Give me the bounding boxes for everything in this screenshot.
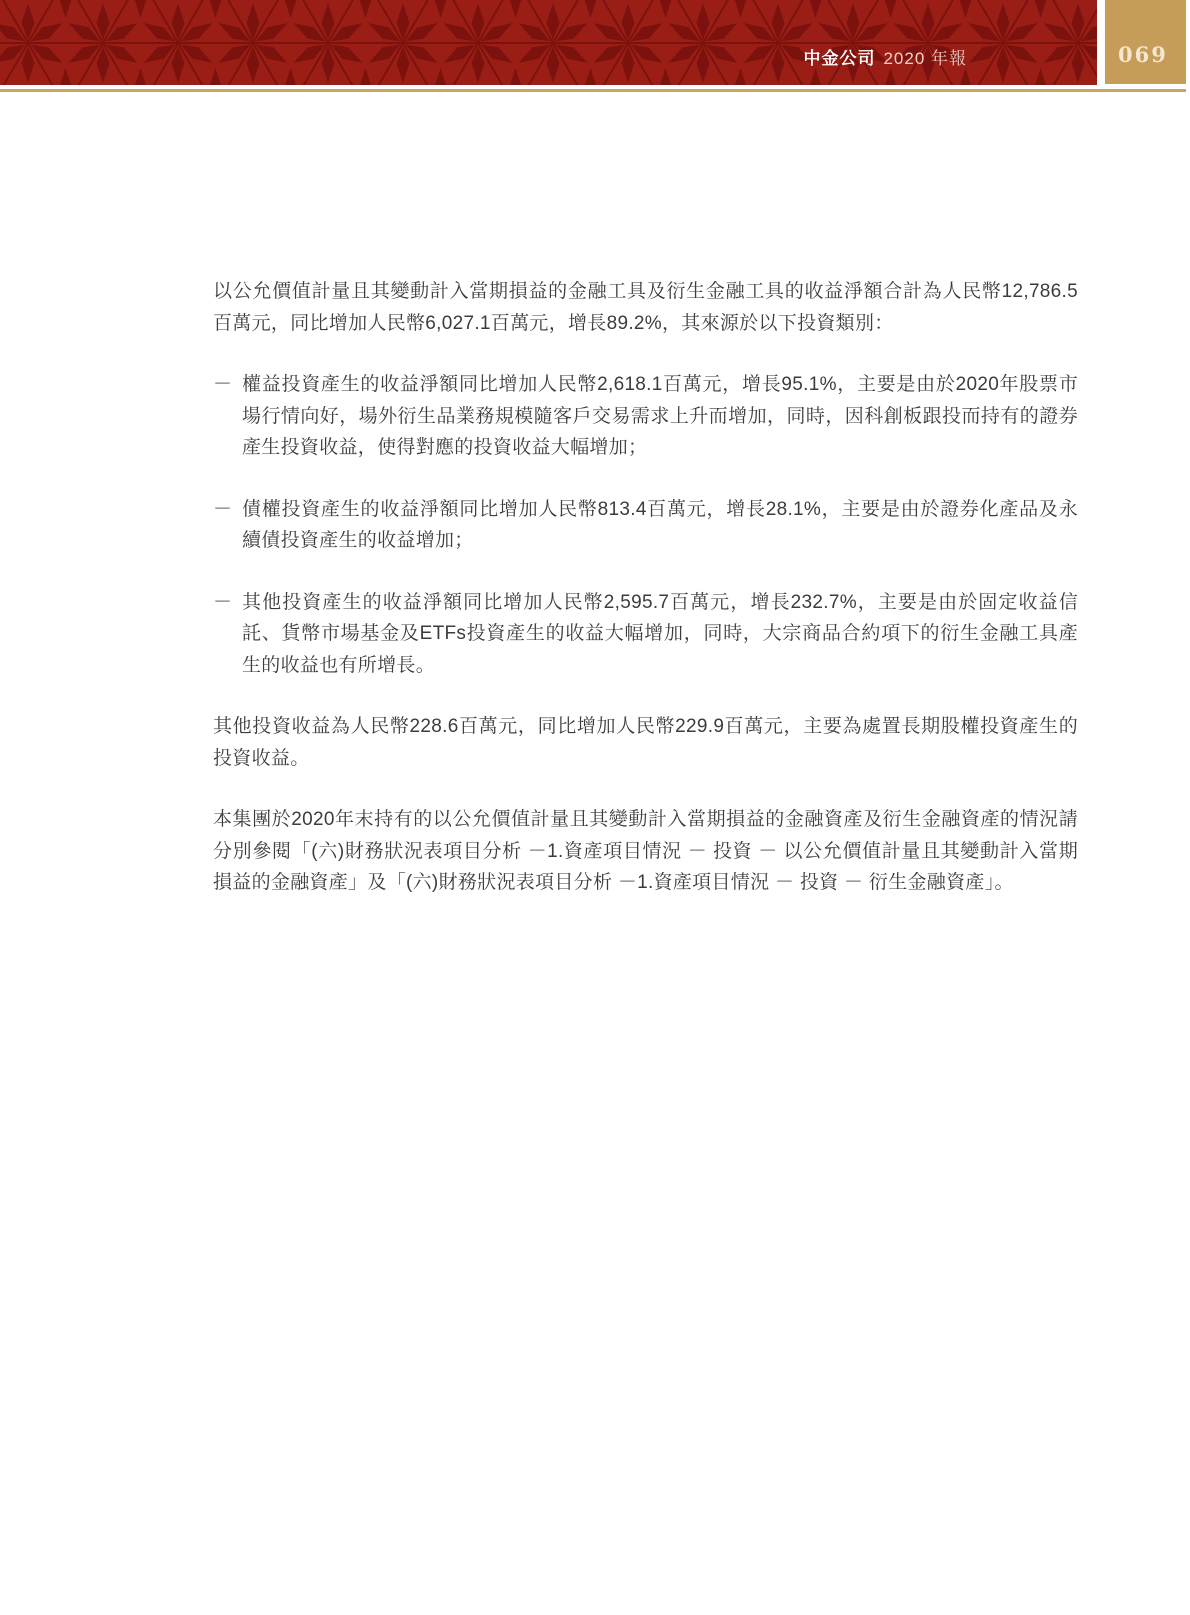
report-year-label: 2020 年報 [883, 49, 967, 68]
page-number-box: 069 [1105, 0, 1186, 84]
bullet-dash: － [213, 494, 242, 557]
header-pattern-band: 中金公司2020 年報 [0, 0, 1097, 85]
bullet-dash: － [213, 587, 242, 682]
body-text: 以公允價值計量且其變動計入當期損益的金融工具及衍生金融工具的收益淨額合計為人民幣… [213, 276, 1078, 929]
paragraph-reference: 本集團於2020年末持有的以公允價值計量且其變動計入當期損益的金融資產及衍生金融… [213, 804, 1078, 899]
bullet-text: 其他投資產生的收益淨額同比增加人民幣2,595.7百萬元，增長232.7%，主要… [242, 587, 1078, 682]
bullet-item-debt: － 債權投資產生的收益淨額同比增加人民幣813.4百萬元，增長28.1%，主要是… [213, 494, 1078, 557]
bullet-text: 債權投資產生的收益淨額同比增加人民幣813.4百萬元，增長28.1%，主要是由於… [242, 494, 1078, 557]
paragraph-other-income: 其他投資收益為人民幣228.6百萬元，同比增加人民幣229.9百萬元，主要為處置… [213, 711, 1078, 774]
asanoha-pattern [0, 0, 1097, 85]
company-name: 中金公司 [803, 49, 875, 68]
bullet-item-other: － 其他投資產生的收益淨額同比增加人民幣2,595.7百萬元，增長232.7%，… [213, 587, 1078, 682]
header-rule [0, 89, 1186, 92]
bullet-item-equity: － 權益投資產生的收益淨額同比增加人民幣2,618.1百萬元，增長95.1%，主… [213, 369, 1078, 464]
bullet-text: 權益投資產生的收益淨額同比增加人民幣2,618.1百萬元，增長95.1%，主要是… [242, 369, 1078, 464]
report-page: 中金公司2020 年報 069 以公允價值計量且其變動計入當期損益的金融工具及衍… [0, 0, 1190, 1615]
paragraph-intro: 以公允價值計量且其變動計入當期損益的金融工具及衍生金融工具的收益淨額合計為人民幣… [213, 276, 1078, 339]
header-title: 中金公司2020 年報 [803, 50, 967, 67]
page-number: 069 [1118, 44, 1168, 65]
bullet-dash: － [213, 369, 242, 464]
